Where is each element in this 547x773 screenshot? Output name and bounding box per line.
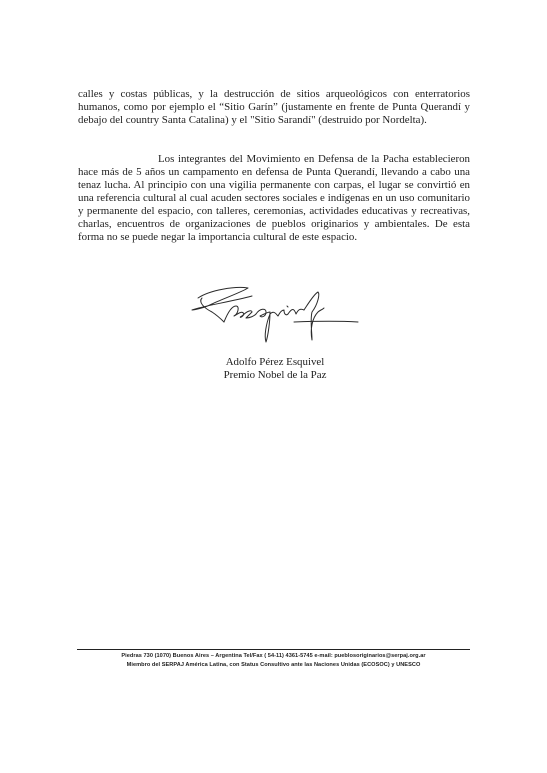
footer-membership: Miembro del SERPAJ América Latina, con S…: [77, 661, 470, 670]
footer-address: Piedras 730 (1070) Buenos Aires – Argent…: [77, 652, 470, 661]
signature-block: Adolfo Pérez Esquivel Premio Nobel de la…: [200, 356, 350, 382]
footer-divider: [77, 649, 470, 650]
paragraph-movement-pacha: Los integrantes del Movimiento en Defens…: [78, 153, 470, 244]
paragraph-archaeological-sites: calles y costas públicas, y la destrucci…: [78, 88, 470, 127]
signature-icon: [190, 280, 365, 350]
signatory-title: Premio Nobel de la Paz: [200, 369, 350, 382]
document-page: calles y costas públicas, y la destrucci…: [0, 0, 547, 773]
footer: Piedras 730 (1070) Buenos Aires – Argent…: [77, 652, 470, 670]
signatory-name: Adolfo Pérez Esquivel: [200, 356, 350, 369]
